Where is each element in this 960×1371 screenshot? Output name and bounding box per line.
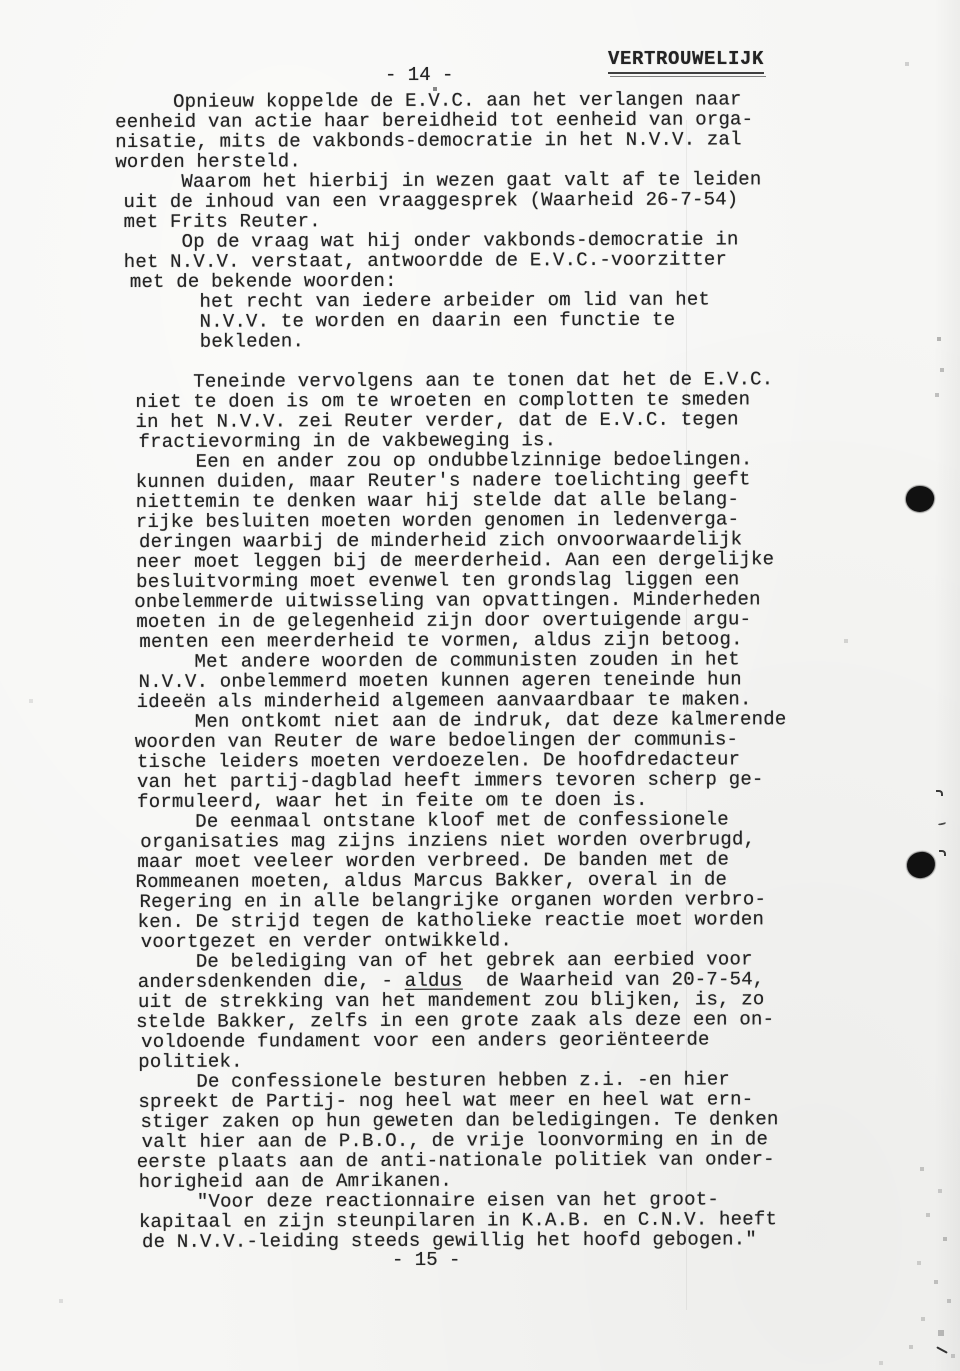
- scan-edge-shade: [934, 0, 960, 1371]
- margin-pen-mark: [936, 790, 943, 796]
- page-number-bottom: - 15 -: [392, 1249, 460, 1271]
- ink-dot: [906, 851, 937, 880]
- text-line: de N.V.V.-leiding steeds gewillig het ho…: [142, 1229, 879, 1252]
- document-body: Opnieuw koppelde de E.V.C. aan het verla…: [134, 89, 879, 1252]
- scan-speckles: [0, 0, 2, 2]
- margin-pen-mark: [939, 850, 946, 856]
- classification-stamp: VERTROUWELIJK: [608, 48, 764, 74]
- ink-dot: [904, 484, 935, 514]
- page-number-top: - 14 -: [385, 64, 453, 86]
- text-line: eerste plaats aan de anti-nationale poli…: [137, 1149, 879, 1172]
- scanned-document-page: VERTROUWELIJK - 14 - Opnieuw koppelde de…: [0, 0, 960, 1371]
